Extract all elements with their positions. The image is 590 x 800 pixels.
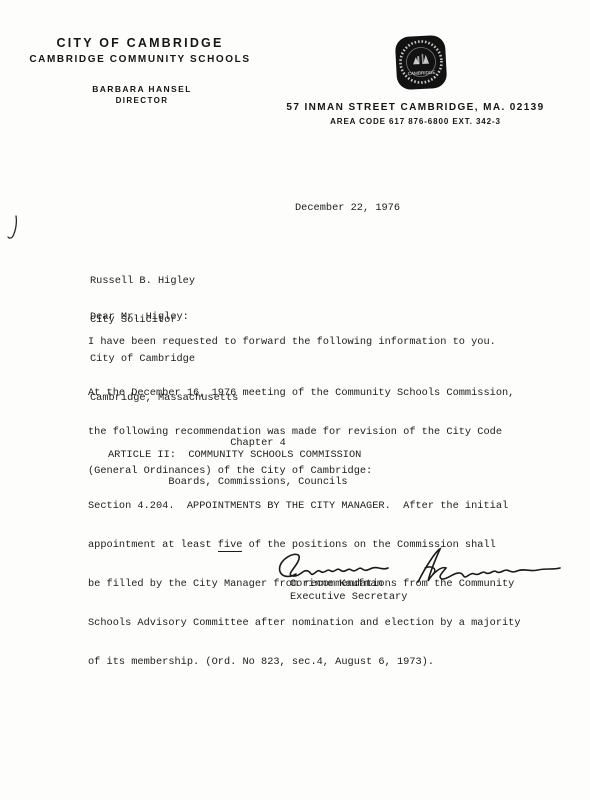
article-heading: ARTICLE II: COMMUNITY SCHOOLS COMMISSION [108, 449, 361, 462]
section-line-4: Schools Advisory Committee after nominat… [88, 617, 521, 630]
salutation: Dear Mr. Higley: [90, 311, 189, 324]
section-line-2-pre: appointment at least [88, 539, 218, 551]
section-line-5: of its membership. (Ord. No 823, sec.4, … [88, 656, 521, 669]
phone-line: AREA CODE 617 876-6800 EXT. 342-3 [278, 117, 553, 126]
address-line: 57 INMAN STREET CAMBRIDGE, MA. 02139 [278, 102, 553, 113]
signature-title: Executive Secretary [290, 591, 407, 604]
org-name-line1: CITY OF CAMBRIDGE [28, 36, 252, 50]
letterhead-org: CITY OF CAMBRIDGE CAMBRIDGE COMMUNITY SC… [28, 36, 252, 65]
signature-name: Corinne Kaufman [290, 578, 383, 591]
recipient-name: Russell B. Higley [90, 275, 238, 288]
section-line-1: Section 4.204. APPOINTMENTS BY THE CITY … [88, 500, 521, 513]
director-title: DIRECTOR [62, 96, 222, 105]
letter-page: CITY OF CAMBRIDGE CAMBRIDGE COMMUNITY SC… [0, 0, 590, 800]
handwritten-margin-mark [4, 214, 22, 242]
paragraph-2-line-1: At the December 16, 1976 meeting of the … [88, 387, 514, 400]
date-line: December 22, 1976 [295, 202, 400, 215]
org-name-line2: CAMBRIDGE COMMUNITY SCHOOLS [28, 54, 252, 65]
body-paragraph-1: I have been requested to forward the fol… [88, 336, 496, 349]
city-seal-icon: CAMBRIDGE [393, 32, 449, 93]
letterhead-director: BARBARA HANSEL DIRECTOR [62, 84, 222, 105]
director-name: BARBARA HANSEL [62, 84, 222, 94]
letterhead-address: 57 INMAN STREET CAMBRIDGE, MA. 02139 ARE… [278, 102, 553, 126]
section-line-2-underlined: five [218, 539, 243, 552]
